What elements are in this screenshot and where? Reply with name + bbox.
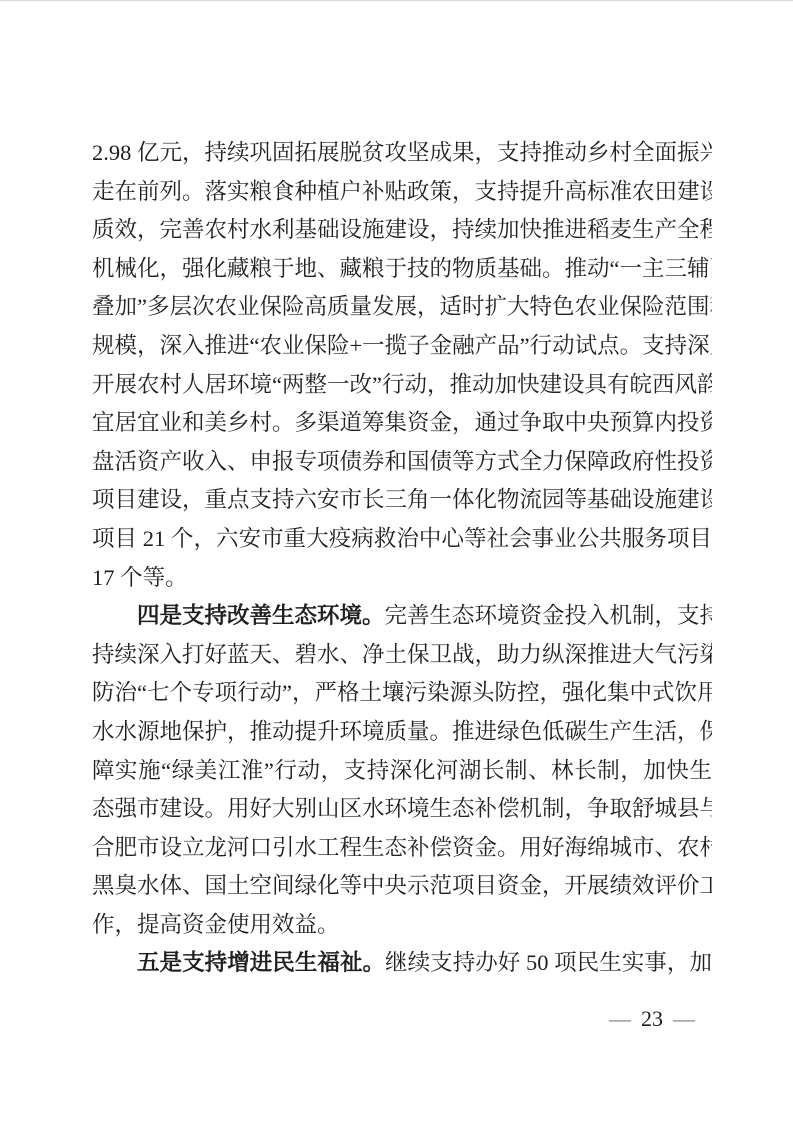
text-line: 作，提高资金使用效益。	[92, 906, 712, 945]
line-text: 持续深入打好蓝天、碧水、净土保卫战，助力纵深推进大气污染	[92, 642, 712, 667]
line-text: 17 个等。	[92, 565, 188, 590]
text-line: 盘活资产收入、申报专项债券和国债等方式全力保障政府性投资	[92, 443, 712, 482]
footer-left-dash: —	[609, 1006, 631, 1031]
text-line: 合肥市设立龙河口引水工程生态补偿资金。用好海绵城市、农村	[92, 829, 712, 868]
text-line: 持续深入打好蓝天、碧水、净土保卫战，助力纵深推进大气污染	[92, 636, 712, 675]
line-text: 项目 21 个，六安市重大疫病救治中心等社会事业公共服务项目	[92, 526, 712, 551]
page-footer: —23—	[609, 1005, 695, 1033]
text-line: 项目 21 个，六安市重大疫病救治中心等社会事业公共服务项目	[92, 520, 712, 559]
line-text: 开展农村人居环境“两整一改”行动，推动加快建设具有皖西风韵	[92, 372, 712, 397]
line-text: 水水源地保护，推动提升环境质量。推进绿色低碳生产生活，保	[92, 719, 712, 744]
line-text: 合肥市设立龙河口引水工程生态补偿资金。用好海绵城市、农村	[92, 835, 712, 860]
line-text: 障实施“绿美江淮”行动，支持深化河湖长制、林长制，加快生	[92, 758, 712, 783]
text-line: 走在前列。落实粮食种植户补贴政策，支持提升高标准农田建设	[92, 173, 712, 212]
text-line: 水水源地保护，推动提升环境质量。推进绿色低碳生产生活，保	[92, 713, 712, 752]
text-line: 态强市建设。用好大别山区水环境生态补偿机制，争取舒城县与	[92, 790, 712, 829]
line-text: 宜居宜业和美乡村。多渠道筹集资金，通过争取中央预算内投资、	[92, 410, 712, 435]
line-text: 黑臭水体、国土空间绿化等中央示范项目资金，开展绩效评价工	[92, 873, 712, 898]
line-text: 盘活资产收入、申报专项债券和国债等方式全力保障政府性投资	[92, 449, 712, 474]
text-line: 2.98 亿元，持续巩固拓展脱贫攻坚成果，支持推动乡村全面振兴	[92, 134, 712, 173]
document-text-block: 2.98 亿元，持续巩固拓展脱贫攻坚成果，支持推动乡村全面振兴走在前列。落实粮食…	[92, 134, 712, 983]
text-line: 17 个等。	[92, 559, 712, 598]
text-line: 宜居宜业和美乡村。多渠道筹集资金，通过争取中央预算内投资、	[92, 404, 712, 443]
text-line: 障实施“绿美江淮”行动，支持深化河湖长制、林长制，加快生	[92, 752, 712, 791]
text-line: 防治“七个专项行动”，严格土壤污染源头防控，强化集中式饮用	[92, 674, 712, 713]
line-text: 项目建设，重点支持六安市长三角一体化物流园等基础设施建设	[92, 487, 712, 512]
line-text: 质效，完善农村水利基础设施建设，持续加快推进稻麦生产全程	[92, 217, 712, 242]
paragraph-first-line: 四是支持改善生态环境。完善生态环境资金投入机制，支持	[92, 597, 712, 636]
text-line: 规模，深入推进“农业保险+一揽子金融产品”行动试点。支持深入	[92, 327, 712, 366]
line-text: 走在前列。落实粮食种植户补贴政策，支持提升高标准农田建设	[92, 179, 712, 204]
text-line: 开展农村人居环境“两整一改”行动，推动加快建设具有皖西风韵	[92, 366, 712, 405]
line-text: 完善生态环境资金投入机制，支持	[385, 603, 712, 628]
line-text: 2.98 亿元，持续巩固拓展脱贫攻坚成果，支持推动乡村全面振兴	[92, 140, 712, 165]
text-line: 机械化，强化藏粮于地、藏粮于技的物质基础。推动“一主三辅两	[92, 250, 712, 289]
footer-page-number: 23	[641, 1006, 663, 1031]
line-text: 叠加”多层次农业保险高质量发展，适时扩大特色农业保险范围和	[92, 294, 712, 319]
paragraph-lead-bold: 四是支持改善生态环境。	[137, 603, 385, 628]
text-line: 项目建设，重点支持六安市长三角一体化物流园等基础设施建设	[92, 481, 712, 520]
document-page: 2.98 亿元，持续巩固拓展脱贫攻坚成果，支持推动乡村全面振兴走在前列。落实粮食…	[0, 0, 793, 1122]
line-text: 机械化，强化藏粮于地、藏粮于技的物质基础。推动“一主三辅两	[92, 256, 712, 281]
text-line: 叠加”多层次农业保险高质量发展，适时扩大特色农业保险范围和	[92, 288, 712, 327]
paragraph-lead-bold: 五是支持增进民生福祉。	[137, 950, 385, 975]
paragraph-first-line: 五是支持增进民生福祉。继续支持办好 50 项民生实事，加	[92, 944, 712, 983]
line-text: 态强市建设。用好大别山区水环境生态补偿机制，争取舒城县与	[92, 796, 712, 821]
text-line: 黑臭水体、国土空间绿化等中央示范项目资金，开展绩效评价工	[92, 867, 712, 906]
line-text: 继续支持办好 50 项民生实事，加	[385, 950, 712, 975]
line-text: 防治“七个专项行动”，严格土壤污染源头防控，强化集中式饮用	[92, 680, 712, 705]
line-text: 作，提高资金使用效益。	[92, 912, 340, 937]
line-text: 规模，深入推进“农业保险+一揽子金融产品”行动试点。支持深入	[92, 333, 712, 358]
footer-right-dash: —	[673, 1006, 695, 1031]
text-line: 质效，完善农村水利基础设施建设，持续加快推进稻麦生产全程	[92, 211, 712, 250]
